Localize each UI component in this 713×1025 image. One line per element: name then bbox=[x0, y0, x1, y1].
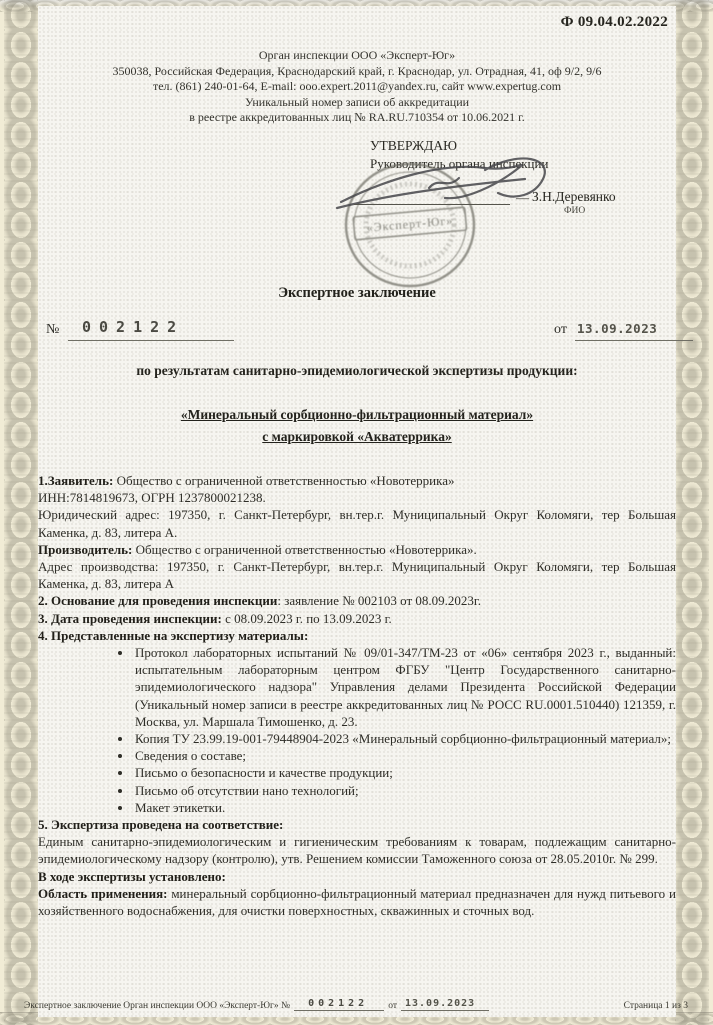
list-item: Копия ТУ 23.99.19-001-79448904-2023 «Мин… bbox=[133, 730, 676, 747]
scope-label: Область применения: bbox=[38, 886, 167, 901]
inspection-date-paragraph: 3. Дата проведения инспекции: с 08.09.20… bbox=[38, 610, 676, 627]
org-address: 350038, Российская Федерация, Краснодарс… bbox=[38, 64, 676, 80]
product-name-line2: с маркировкой «Акватеррика» bbox=[38, 426, 676, 448]
approver-name: З.Н.Деревянко bbox=[532, 189, 616, 205]
applicant-label: 1.Заявитель: bbox=[38, 473, 113, 488]
org-header: Орган инспекции ООО «Эксперт-Юг» 350038,… bbox=[38, 48, 676, 126]
findings-heading: В ходе экспертизы установлено: bbox=[38, 868, 676, 885]
guilloche-border-right bbox=[675, 0, 709, 1025]
manufacturer-paragraph: Производитель: Общество с ограниченной о… bbox=[38, 541, 676, 558]
document-title: Экспертное заключение bbox=[38, 285, 676, 302]
materials-heading: 4. Представленные на экспертизу материал… bbox=[38, 627, 676, 644]
signature-dash: — bbox=[516, 190, 529, 206]
subtitle: по результатам санитарно-эпидемиологичес… bbox=[38, 363, 676, 379]
scope-paragraph: Область применения: минеральный сорбцион… bbox=[38, 885, 676, 919]
footer-left-text: Экспертное заключение Орган инспекции ОО… bbox=[24, 1001, 290, 1011]
org-contacts: тел. (861) 240-01-64, E-mail: ooo.expert… bbox=[38, 79, 676, 95]
manufacturer-text: Общество с ограниченной ответственностью… bbox=[132, 542, 476, 557]
list-item: Письмо о безопасности и качестве продукц… bbox=[133, 764, 676, 781]
signature-line bbox=[354, 182, 510, 205]
org-name: Орган инспекции ООО «Эксперт-Юг» bbox=[38, 48, 676, 64]
inn-ogrn: ИНН:7814819673, ОГРН 1237800021238. bbox=[38, 489, 676, 506]
applicant-paragraph: 1.Заявитель: Общество с ограниченной отв… bbox=[38, 472, 676, 489]
list-item: Сведения о составе; bbox=[133, 747, 676, 764]
product-name-line1: «Минеральный сорбционно-фильтрационный м… bbox=[38, 404, 676, 426]
compliance-heading: 5. Экспертиза проведена на соответствие: bbox=[38, 816, 676, 833]
document-content: Ф 09.04.02.2022 Орган инспекции ООО «Экс… bbox=[38, 6, 676, 1017]
list-item: Макет этикетки. bbox=[133, 799, 676, 816]
production-address: Адрес производства: 197350, г. Санкт-Пет… bbox=[38, 558, 676, 592]
inspection-date-text: с 08.09.2023 г. по 13.09.2023 г. bbox=[222, 611, 392, 626]
basis-paragraph: 2. Основание для проведения инспекции: з… bbox=[38, 592, 676, 609]
basis-text: : заявление № 002103 от 08.09.2023г. bbox=[277, 593, 481, 608]
form-code: Ф 09.04.02.2022 bbox=[561, 14, 668, 31]
date-label: от bbox=[554, 322, 567, 338]
number-label: № bbox=[46, 322, 59, 338]
materials-list: Протокол лабораторных испытаний № 09/01-… bbox=[38, 644, 676, 816]
compliance-text: Единым санитарно-эпидемиологическим и ги… bbox=[38, 833, 676, 867]
guilloche-border-left bbox=[4, 0, 38, 1025]
page-footer: Экспертное заключение Орган инспекции ОО… bbox=[24, 998, 688, 1011]
inspection-date-label: 3. Дата проведения инспекции: bbox=[38, 611, 222, 626]
scanned-certificate-page: Ф 09.04.02.2022 Орган инспекции ООО «Экс… bbox=[0, 0, 713, 1025]
list-item: Протокол лабораторных испытаний № 09/01-… bbox=[133, 644, 676, 730]
footer-number-stamp: 002122 bbox=[294, 998, 384, 1011]
document-body: 1.Заявитель: Общество с ограниченной отв… bbox=[38, 472, 676, 919]
applicant-text: Общество с ограниченной ответственностью… bbox=[113, 473, 454, 488]
org-accreditation-line1: Уникальный номер записи об аккредитации bbox=[38, 95, 676, 111]
number-stamp: 002122 bbox=[82, 318, 184, 336]
footer-date-label: от bbox=[388, 1001, 397, 1011]
legal-address: Юридический адрес: 197350, г. Санкт-Пете… bbox=[38, 506, 676, 540]
footer-date-stamp: 13.09.2023 bbox=[401, 998, 489, 1011]
org-accreditation-line2: в реестре аккредитованных лиц № RA.RU.71… bbox=[38, 110, 676, 126]
list-item: Письмо об отсутствии нано технологий; bbox=[133, 782, 676, 799]
page-number: Страница 1 из 3 bbox=[624, 1001, 688, 1011]
name-caption: ФИО bbox=[564, 206, 585, 216]
number-row: № 002122 от 13.09.2023 bbox=[38, 314, 676, 348]
date-stamp: 13.09.2023 bbox=[577, 321, 657, 336]
manufacturer-label: Производитель: bbox=[38, 542, 132, 557]
product-title: «Минеральный сорбционно-фильтрационный м… bbox=[38, 404, 676, 448]
basis-label: 2. Основание для проведения инспекции bbox=[38, 593, 277, 608]
